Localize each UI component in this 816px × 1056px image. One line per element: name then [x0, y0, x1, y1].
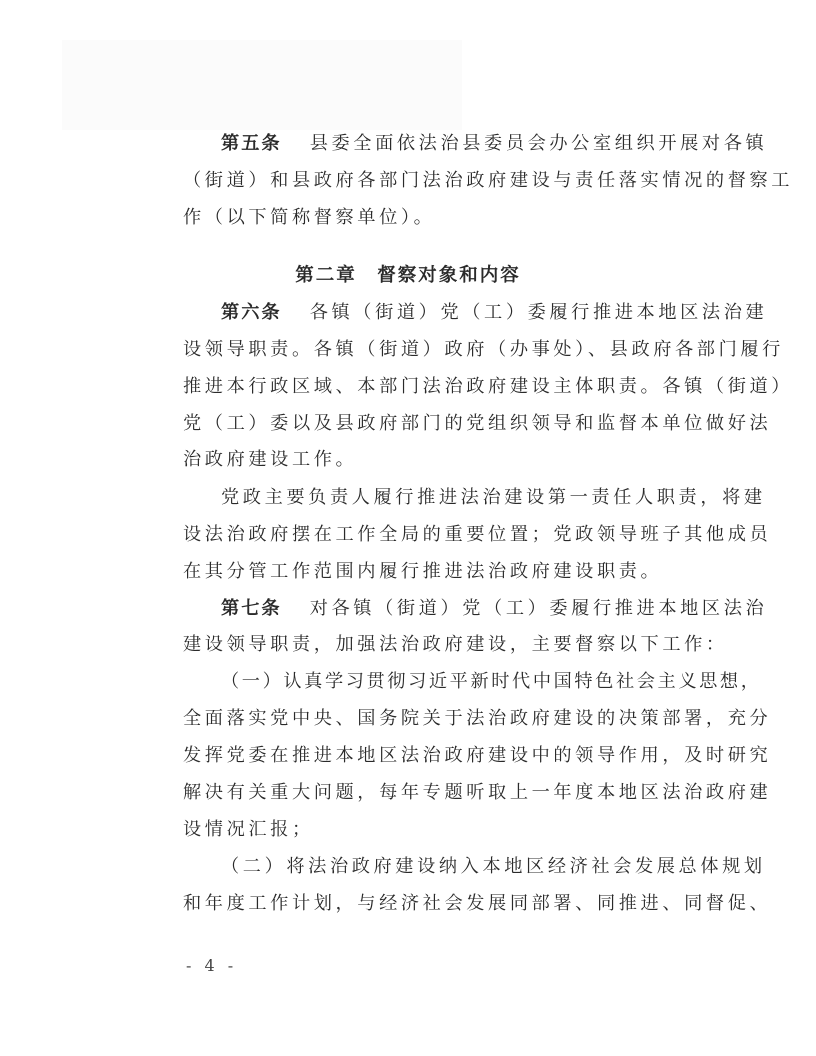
- article-6-para2-line-1: 党政主要负责人履行推进法治建设第一责任人职责，将建: [183, 486, 761, 510]
- article-6-para2-line-3: 在其分管工作范围内履行推进法治政府建设职责。: [183, 560, 723, 584]
- article-7-label: 第七条: [221, 598, 282, 619]
- page-number: - 4 -: [186, 956, 237, 975]
- item-2-line-2: 和年度工作计划，与经济社会发展同部署、同推进、同督促、: [183, 892, 723, 916]
- article-6-line-4: 党（工）委以及县政府部门的党组织领导和监督本单位做好法: [183, 412, 723, 436]
- article-5-line-3: 作（以下简称督察单位）。: [183, 206, 723, 230]
- article-6-label: 第六条: [221, 302, 282, 323]
- article-6-para2-line-2: 设法治政府摆在工作全局的重要位置；党政领导班子其他成员: [183, 523, 723, 547]
- article-6-line-5: 治政府建设工作。: [183, 448, 723, 472]
- item-1-line-1: （一）认真学习贯彻习近平新时代中国特色社会主义思想，: [183, 670, 761, 694]
- article-5-label: 第五条: [221, 133, 282, 154]
- article-7-line-1: 第七条 对各镇（街道）党（工）委履行推进本地区法治: [183, 597, 761, 621]
- article-6-line-3: 推进本行政区域、本部门法治政府建设主体职责。各镇（街道）: [183, 375, 723, 399]
- item-1-line-5: 设情况汇报；: [183, 818, 723, 842]
- article-6-line-2: 设领导职责。各镇（街道）政府（办事处）、县政府各部门履行: [183, 338, 723, 362]
- article-6-line-1: 第六条 各镇（街道）党（工）委履行推进本地区法治建: [183, 301, 761, 325]
- item-1-line-3: 发挥党委在推进本地区法治政府建设中的领导作用，及时研究: [183, 744, 723, 768]
- item-2-line-1: （二）将法治政府建设纳入本地区经济社会发展总体规划: [183, 855, 761, 879]
- chapter-heading: 第二章 督察对象和内容: [0, 264, 816, 288]
- scan-shade: [62, 40, 462, 130]
- article-5-line-2: （街道）和县政府各部门法治政府建设与责任落实情况的督察工: [183, 169, 723, 193]
- article-5-line-1: 第五条 县委全面依法治县委员会办公室组织开展对各镇: [183, 132, 761, 156]
- item-1-line-2: 全面落实党中央、国务院关于法治政府建设的决策部署，充分: [183, 707, 723, 731]
- article-7-line-2: 建设领导职责，加强法治政府建设，主要督察以下工作：: [183, 633, 723, 657]
- item-1-line-4: 解决有关重大问题，每年专题听取上一年度本地区法治政府建: [183, 781, 723, 805]
